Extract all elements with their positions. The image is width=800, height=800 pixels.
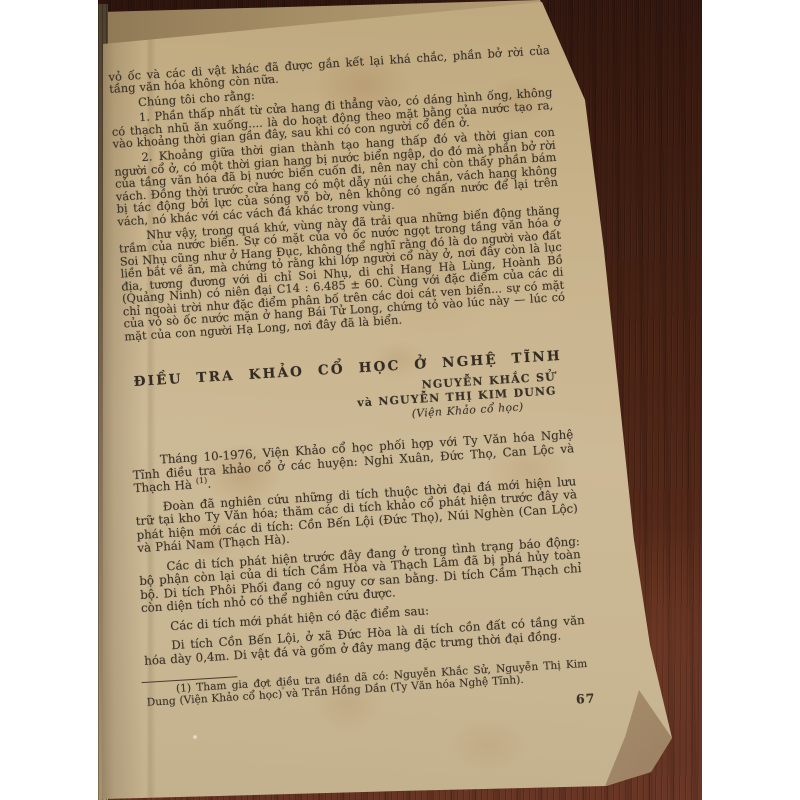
paragraph: Như vậy, trong quá khứ, vùng này đã trải…	[118, 203, 566, 342]
body-fragment: vỏ ốc và các di vật khác đã được gắn kết…	[108, 44, 566, 343]
wood-surface: vỏ ốc và các di vật khác đã được gắn kết…	[98, 0, 702, 800]
photo-frame: vỏ ốc và các di vật khác đã được gắn kết…	[0, 0, 800, 800]
article-body: Tháng 10-1976, Viện Khảo cổ học phối hợp…	[132, 428, 586, 668]
text-block: vỏ ốc và các di vật khác đã được gắn kết…	[108, 41, 590, 732]
footnote-reference: (1)	[196, 476, 208, 486]
paragraph-text: .	[207, 476, 212, 490]
